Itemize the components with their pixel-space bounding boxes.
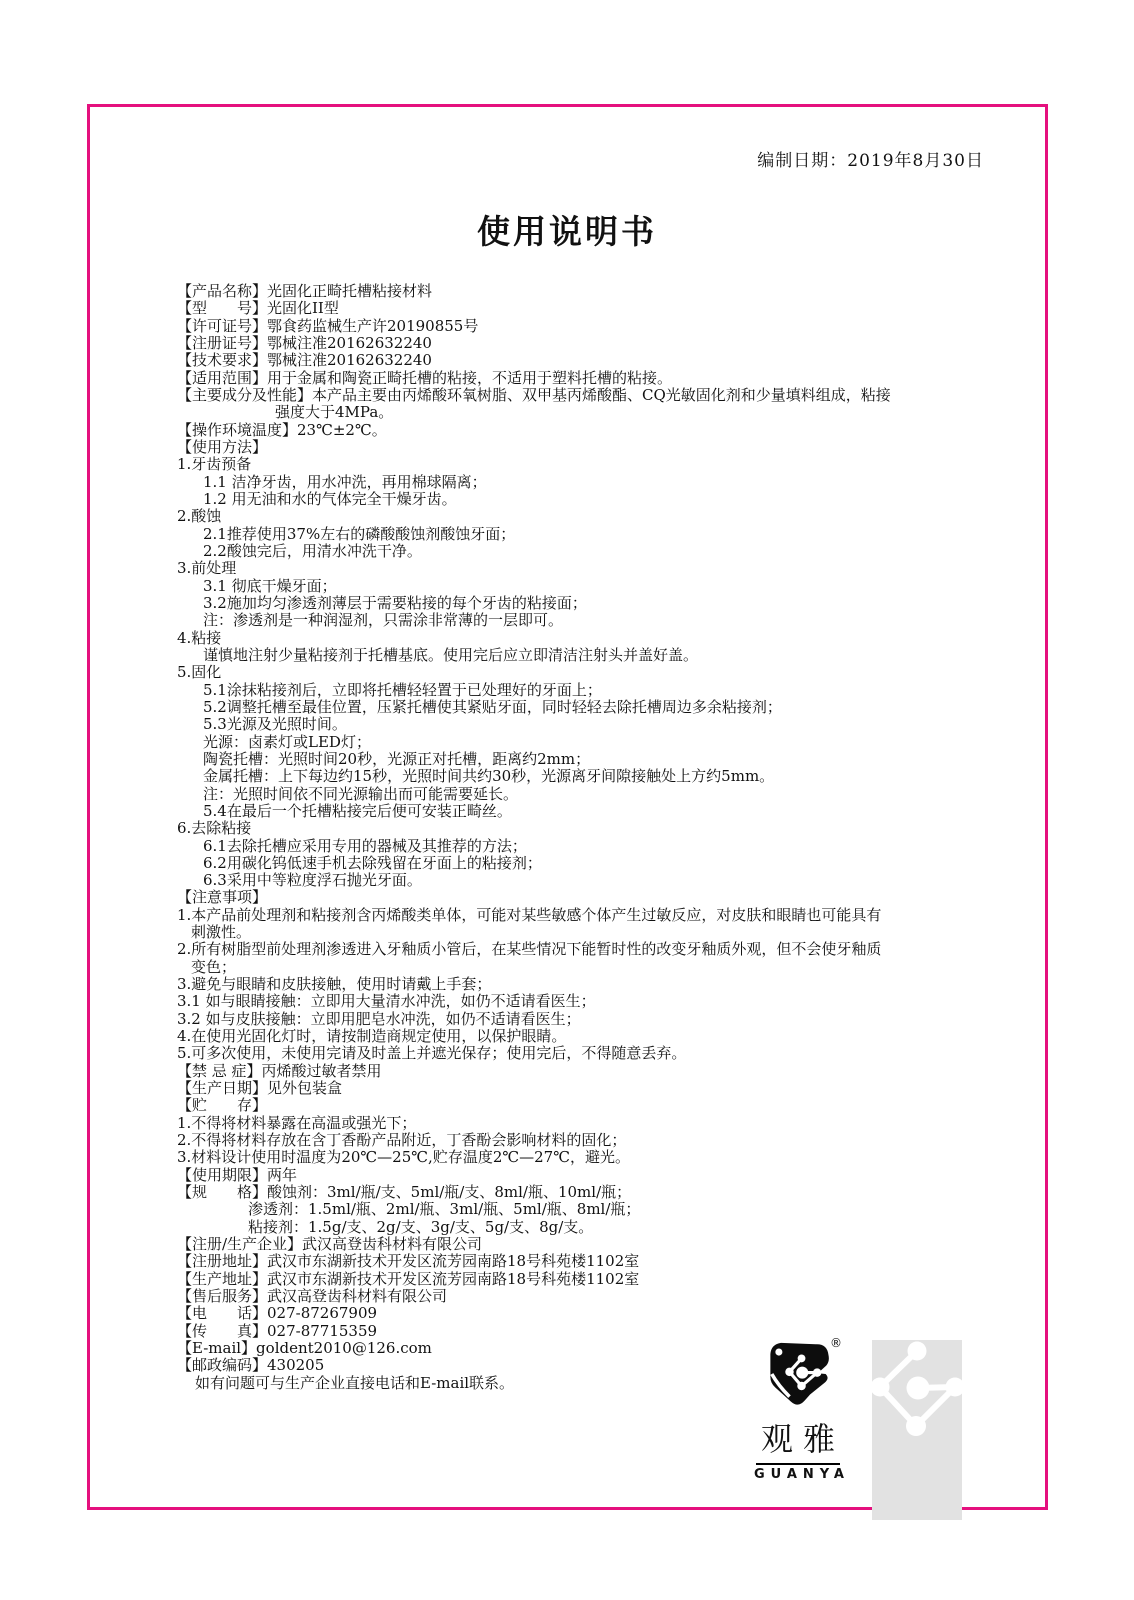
body-line: 刺激性。 [177,924,967,941]
body-line: 【E-mail】goldent2010@126.com [177,1340,967,1357]
body-line: 【主要成分及性能】本产品主要由丙烯酸环氧树脂、双甲基丙烯酸酯、CQ光敏固化剂和少… [177,387,967,404]
body-line: 如有问题可与生产企业直接电话和E-mail联系。 [177,1375,967,1392]
body-line: 5.1涂抹粘接剂后，立即将托槽轻轻置于已处理好的牙面上； [177,682,967,699]
body-line: 5.4在最后一个托槽粘接完后便可安装正畸丝。 [177,803,967,820]
body-line: 光源：卤素灯或LED灯； [177,734,967,751]
body-line: 3.2 如与皮肤接触：立即用肥皂水冲洗，如仍不适请看医生； [177,1011,967,1028]
body-line: 2.2酸蚀完后，用清水冲洗干净。 [177,543,967,560]
body-line: 5.可多次使用，未使用完请及时盖上并遮光保存；使用完后，不得随意丢弃。 [177,1045,967,1062]
body-line: 3.1 如与眼睛接触：立即用大量清水冲洗，如仍不适请看医生； [177,993,967,1010]
body-line: 4.粘接 [177,630,967,647]
body-line: 【产品名称】光固化正畸托槽粘接材料 [177,283,967,300]
body-line: 注：渗透剂是一种润湿剂，只需涂非常薄的一层即可。 [177,612,967,629]
body-line: 1.本产品前处理剂和粘接剂含丙烯酸类单体，可能对某些敏感个体产生过敏反应，对皮肤… [177,907,967,924]
body-line: 【注意事项】 [177,889,967,906]
body-line: 渗透剂：1.5ml/瓶、2ml/瓶、3ml/瓶、5ml/瓶、8ml/瓶； [177,1201,967,1218]
body-line: 5.2调整托槽至最佳位置，压紧托槽使其紧贴牙面，同时轻轻去除托槽周边多余粘接剂； [177,699,967,716]
body-line: 2.不得将材料存放在含丁香酚产品附近，丁香酚会影响材料的固化； [177,1132,967,1149]
body-line: 陶瓷托槽：光照时间20秒，光源正对托槽，距离约2mm； [177,751,967,768]
logo-divider [756,1463,840,1465]
body-line: 1.不得将材料暴露在高温或强光下； [177,1115,967,1132]
body-line: 2.所有树脂型前处理剂渗透进入牙釉质小管后，在某些情况下能暂时性的改变牙釉质外观… [177,941,967,958]
body-line: 3.避免与眼睛和皮肤接触，使用时请戴上手套； [177,976,967,993]
document-page: 编制日期：2019年8月30日 使用说明书 【产品名称】光固化正畸托槽粘接材料【… [0,0,1134,1600]
body-line: 【贮 存】 [177,1097,967,1114]
body-line: 谨慎地注射少量粘接剂于托槽基底。使用完后应立即清洁注射头并盖好盖。 [177,647,967,664]
body-line: 【许可证号】鄂食药监械生产许20190855号 [177,318,967,335]
molecule-watermark [872,1340,962,1520]
guanya-logo-icon: ® [762,1340,834,1408]
body-line: 变色； [177,959,967,976]
body-line: 2.酸蚀 [177,508,967,525]
logo-text-cn: 观雅 [748,1414,848,1460]
body-line: 金属托槽：上下每边约15秒，光照时间共约30秒，光源离牙间隙接触处上方约5mm。 [177,768,967,785]
registered-trademark-icon: ® [830,1336,842,1350]
body-line: 1.牙齿预备 [177,456,967,473]
body-line: 6.3采用中等粒度浮石抛光牙面。 [177,872,967,889]
body-line: 2.1推荐使用37%左右的磷酸酸蚀剂酸蚀牙面； [177,526,967,543]
body-line: 【操作环境温度】23℃±2℃。 [177,422,967,439]
body-line: 【型 号】光固化II型 [177,300,967,317]
body-line: 【注册/生产企业】武汉高登齿科材料有限公司 [177,1236,967,1253]
body-line: 1.1 洁净牙齿，用水冲洗，再用棉球隔离； [177,474,967,491]
body-line: 强度大于4MPa。 [177,404,967,421]
body-line: 3.材料设计使用时温度为20℃—25℃,贮存温度2℃—27℃，避光。 [177,1149,967,1166]
body-line: 3.前处理 [177,560,967,577]
body-line: 【电 话】027-87267909 [177,1305,967,1322]
body-line: 【使用方法】 [177,439,967,456]
page-title: 使用说明书 [0,206,1134,253]
body-line: 6.2用碳化钨低速手机去除残留在牙面上的粘接剂； [177,855,967,872]
body-line: 【生产日期】见外包装盒 [177,1080,967,1097]
body-text: 【产品名称】光固化正畸托槽粘接材料【型 号】光固化II型【许可证号】鄂食药监械生… [177,283,967,1392]
company-logo: ® 观雅 GUANYA [748,1340,848,1482]
body-line: 【禁 忌 症】丙烯酸过敏者禁用 [177,1063,967,1080]
body-line: 3.2施加均匀渗透剂薄层于需要粘接的每个牙齿的粘接面； [177,595,967,612]
body-line: 【生产地址】武汉市东湖新技术开发区流芳园南路18号科苑楼1102室 [177,1271,967,1288]
compile-date: 编制日期：2019年8月30日 [757,146,984,171]
body-line: 5.3光源及光照时间。 [177,716,967,733]
body-line: 6.去除粘接 [177,820,967,837]
body-line: 5.固化 [177,664,967,681]
body-line: 【规 格】酸蚀剂：3ml/瓶/支、5ml/瓶/支、8ml/瓶、10ml/瓶； [177,1184,967,1201]
body-line: 【使用期限】两年 [177,1167,967,1184]
body-line: 1.2 用无油和水的气体完全干燥牙齿。 [177,491,967,508]
body-line: 【传 真】027-87715359 [177,1323,967,1340]
body-line: 【售后服务】武汉高登齿科材料有限公司 [177,1288,967,1305]
body-line: 【注册证号】鄂械注准20162632240 [177,335,967,352]
logo-text-en: GUANYA [748,1467,848,1482]
body-line: 【适用范围】用于金属和陶瓷正畸托槽的粘接，不适用于塑料托槽的粘接。 [177,370,967,387]
body-line: 6.1去除托槽应采用专用的器械及其推荐的方法； [177,838,967,855]
body-line: 3.1 彻底干燥牙面； [177,578,967,595]
body-line: 注：光照时间依不同光源输出而可能需要延长。 [177,786,967,803]
body-line: 【邮政编码】430205 [177,1357,967,1374]
body-line: 粘接剂：1.5g/支、2g/支、3g/支、5g/支、8g/支。 [177,1219,967,1236]
body-line: 4.在使用光固化灯时，请按制造商规定使用，以保护眼睛。 [177,1028,967,1045]
body-line: 【技术要求】鄂械注准20162632240 [177,352,967,369]
body-line: 【注册地址】武汉市东湖新技术开发区流芳园南路18号科苑楼1102室 [177,1253,967,1270]
